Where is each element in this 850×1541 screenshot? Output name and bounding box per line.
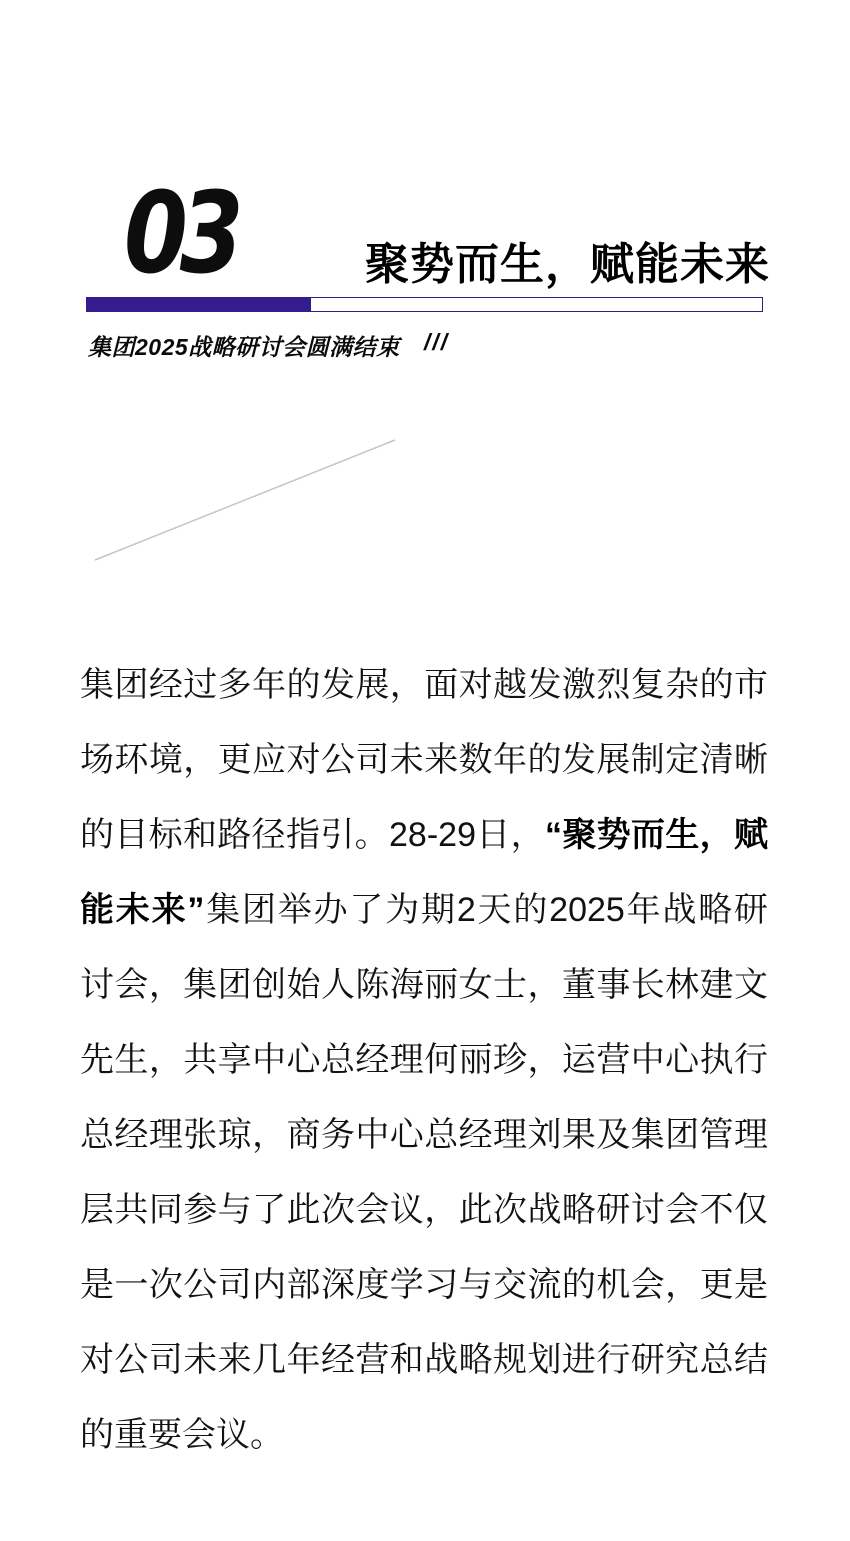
article-subtitle: 集团2025战略研讨会圆满结束 xyxy=(88,329,400,362)
accent-bar-outline xyxy=(310,297,763,312)
accent-bar-solid xyxy=(86,297,310,312)
section-number: 03 xyxy=(124,178,235,290)
body-text-run: 集团举办了为期2天的2025年战略研讨会，集团创始人陈海丽女士，董事长林建文先生… xyxy=(80,891,768,1454)
body-paragraph: 集团经过多年的发展，面对越发激烈复杂的市场环境，更应对公司未来数年的发展制定清晰… xyxy=(80,648,768,1473)
page-title: 聚势而生，赋能未来 xyxy=(365,241,770,289)
diagonal-line-decoration xyxy=(90,435,400,565)
diagonal-line-svg xyxy=(90,435,400,565)
article-page: 03 聚势而生，赋能未来 集团2025战略研讨会圆满结束 /// 集团经过多年的… xyxy=(0,0,850,1541)
slashes-decoration: /// xyxy=(424,329,449,356)
